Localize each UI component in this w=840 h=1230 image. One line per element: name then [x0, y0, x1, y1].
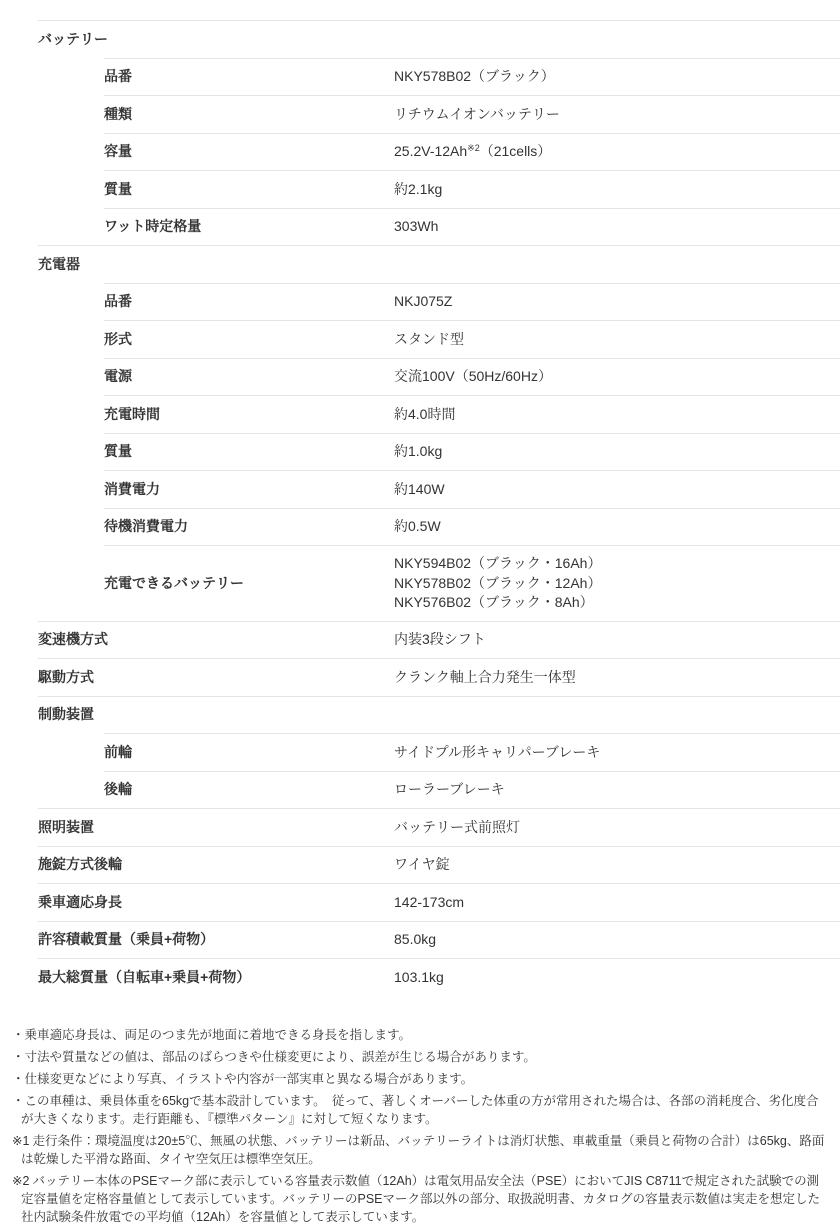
spec-value: バッテリー式前照灯	[394, 818, 840, 837]
spec-row-charger-form: 形式 スタンド型	[104, 320, 840, 358]
spec-row-battery-capacity: 容量 25.2V-12Ah※2（21cells）	[104, 133, 840, 171]
spec-value: NKJ075Z	[394, 292, 840, 311]
spec-label: ワット時定格量	[104, 217, 394, 236]
spec-row-rider-height: 乗車適応身長 142-173cm	[38, 883, 840, 921]
section-header-battery: バッテリー	[38, 20, 840, 58]
spec-label: 照明装置	[38, 818, 394, 837]
spec-label: 許容積載質量（乗員+荷物）	[38, 930, 394, 949]
spec-label: 変速機方式	[38, 630, 394, 649]
footnote-item: ・仕様変更などにより写真、イラストや内容が一部実車と異なる場合があります。	[12, 1070, 826, 1088]
battery-model-line: NKY594B02（ブラック・16Ah）	[394, 554, 840, 574]
spec-label: 待機消費電力	[104, 517, 394, 536]
spec-label: 後輪	[104, 780, 394, 799]
spec-row-max-load: 許容積載質量（乗員+荷物） 85.0kg	[38, 921, 840, 959]
ref-marker: ※1	[12, 1134, 29, 1148]
section-header-brakes: 制動装置	[38, 696, 840, 734]
spec-value: 内装3段シフト	[394, 630, 840, 649]
capacity-base: 25.2V-12Ah	[394, 143, 467, 159]
spec-value: 約2.1kg	[394, 180, 840, 199]
spec-value: 25.2V-12Ah※2（21cells）	[394, 142, 840, 161]
spec-value: 約1.0kg	[394, 442, 840, 461]
section-title: 制動装置	[38, 705, 94, 724]
spec-row-battery-part-number: 品番 NKY578B02（ブラック）	[104, 58, 840, 96]
spec-value: 85.0kg	[394, 930, 840, 949]
spec-label: 質量	[104, 180, 394, 199]
bullet-marker: ・	[12, 1094, 25, 1108]
footnote-item-ref1: ※1走行条件：環境温度は20±5℃、無風の状態、バッテリーは新品、バッテリーライ…	[12, 1132, 826, 1168]
footnote-item: ・寸法や質量などの値は、部品のばらつきや仕様変更により、誤差が生じる場合がありま…	[12, 1048, 826, 1066]
spec-row-power-consumption: 消費電力 約140W	[104, 470, 840, 508]
spec-row-max-gross-weight: 最大総質量（自転車+乗員+荷物） 103.1kg	[38, 958, 840, 996]
spec-row-charging-time: 充電時間 約4.0時間	[104, 395, 840, 433]
spec-row-battery-type: 種類 リチウムイオンバッテリー	[104, 95, 840, 133]
spec-label: 形式	[104, 330, 394, 349]
battery-model-line: NKY576B02（ブラック・8Ah）	[394, 593, 840, 613]
spec-value: ローラーブレーキ	[394, 780, 840, 799]
spec-row-chargeable-batteries: 充電できるバッテリー NKY594B02（ブラック・16Ah） NKY578B0…	[104, 545, 840, 621]
spec-label: 充電できるバッテリー	[104, 574, 394, 593]
spec-row-charger-power-source: 電源 交流100V（50Hz/60Hz）	[104, 358, 840, 396]
spec-table: バッテリー 品番 NKY578B02（ブラック） 種類 リチウムイオンバッテリー…	[0, 0, 840, 996]
spec-label: 容量	[104, 142, 394, 161]
footnote-text: 寸法や質量などの値は、部品のばらつきや仕様変更により、誤差が生じる場合があります…	[25, 1050, 536, 1064]
bullet-marker: ・	[12, 1028, 25, 1042]
spec-value: リチウムイオンバッテリー	[394, 105, 840, 124]
spec-row-standby-power: 待機消費電力 約0.5W	[104, 508, 840, 546]
spec-label: 質量	[104, 442, 394, 461]
spec-label: 消費電力	[104, 480, 394, 499]
footnote-item: ・この車種は、乗員体重を65kgで基本設計しています。 従って、著しくオーバーし…	[12, 1092, 826, 1128]
spec-label: 品番	[104, 292, 394, 311]
footnote-ref-mark: ※2	[467, 143, 480, 153]
spec-value: 142-173cm	[394, 893, 840, 912]
spec-label: 前輪	[104, 743, 394, 762]
spec-row-battery-mass: 質量 約2.1kg	[104, 170, 840, 208]
footnote-text: 乗車適応身長は、両足のつま先が地面に着地できる身長を指します。	[25, 1028, 412, 1042]
spec-row-gear-system: 変速機方式 内装3段シフト	[38, 621, 840, 659]
footnote-text: この車種は、乗員体重を65kgで基本設計しています。 従って、著しくオーバーした…	[21, 1094, 819, 1126]
spec-value: 約4.0時間	[394, 405, 840, 424]
section-title: 充電器	[38, 255, 80, 274]
footnotes: ・乗車適応身長は、両足のつま先が地面に着地できる身長を指します。 ・寸法や質量な…	[12, 1026, 826, 1226]
bullet-marker: ・	[12, 1050, 25, 1064]
section-title: バッテリー	[38, 30, 108, 49]
spec-value: 約0.5W	[394, 517, 840, 536]
spec-row-rear-brake: 後輪 ローラーブレーキ	[104, 771, 840, 809]
spec-value: 103.1kg	[394, 968, 840, 987]
spec-row-lighting: 照明装置 バッテリー式前照灯	[38, 808, 840, 846]
spec-row-charger-part-number: 品番 NKJ075Z	[104, 283, 840, 321]
spec-value: 303Wh	[394, 217, 840, 236]
spec-label: 最大総質量（自転車+乗員+荷物）	[38, 968, 394, 987]
spec-value: クランク軸上合力発生一体型	[394, 668, 840, 687]
capacity-cells: （21cells）	[480, 143, 552, 159]
section-header-charger: 充電器	[38, 245, 840, 283]
spec-label: 駆動方式	[38, 668, 394, 687]
spec-value: サイドプル形キャリパーブレーキ	[394, 743, 840, 762]
spec-row-front-brake: 前輪 サイドプル形キャリパーブレーキ	[104, 733, 840, 771]
spec-row-lock-type: 施錠方式後輪 ワイヤ錠	[38, 846, 840, 884]
spec-value: 約140W	[394, 480, 840, 499]
footnote-text: 走行条件：環境温度は20±5℃、無風の状態、バッテリーは新品、バッテリーライトは…	[21, 1134, 824, 1166]
spec-label: 品番	[104, 67, 394, 86]
spec-row-charger-mass: 質量 約1.0kg	[104, 433, 840, 471]
spec-value: NKY594B02（ブラック・16Ah） NKY578B02（ブラック・12Ah…	[394, 554, 840, 613]
spec-label: 種類	[104, 105, 394, 124]
spec-row-drive-system: 駆動方式 クランク軸上合力発生一体型	[38, 658, 840, 696]
spec-label: 乗車適応身長	[38, 893, 394, 912]
spec-value: NKY578B02（ブラック）	[394, 67, 840, 86]
battery-model-line: NKY578B02（ブラック・12Ah）	[394, 574, 840, 594]
ref-marker: ※2	[12, 1174, 29, 1188]
spec-label: 施錠方式後輪	[38, 855, 394, 874]
spec-label: 充電時間	[104, 405, 394, 424]
footnote-text: バッテリー本体のPSEマーク部に表示している容量表示数値（12Ah）は電気用品安…	[21, 1174, 820, 1224]
footnote-item: ・乗車適応身長は、両足のつま先が地面に着地できる身長を指します。	[12, 1026, 826, 1044]
spec-value: スタンド型	[394, 330, 840, 349]
footnote-text: 仕様変更などにより写真、イラストや内容が一部実車と異なる場合があります。	[25, 1072, 474, 1086]
bullet-marker: ・	[12, 1072, 25, 1086]
spec-value: 交流100V（50Hz/60Hz）	[394, 367, 840, 386]
spec-value: ワイヤ錠	[394, 855, 840, 874]
spec-label: 電源	[104, 367, 394, 386]
spec-row-battery-watt-hour: ワット時定格量 303Wh	[104, 208, 840, 246]
footnote-item-ref2: ※2バッテリー本体のPSEマーク部に表示している容量表示数値（12Ah）は電気用…	[12, 1172, 826, 1226]
